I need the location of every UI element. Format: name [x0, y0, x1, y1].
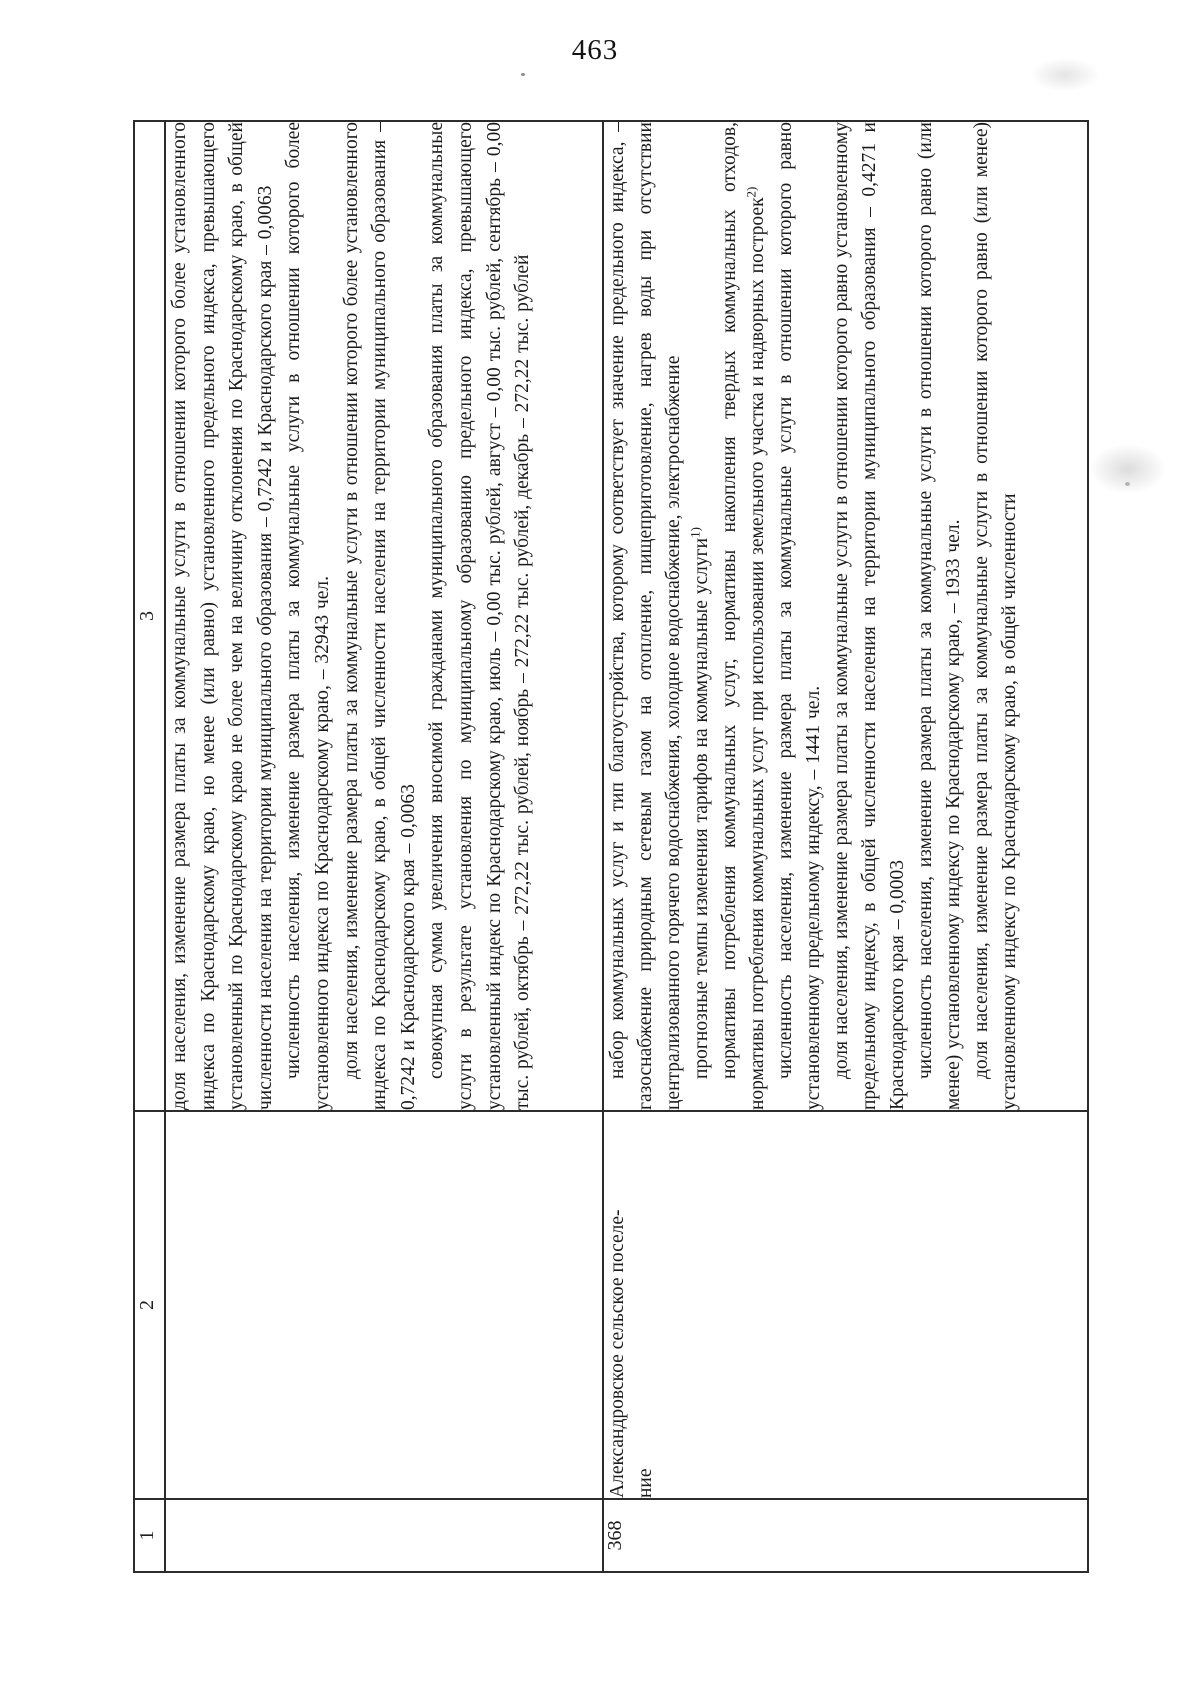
- municipality-name-line-1: Александровское сельское поселе-: [604, 1112, 632, 1498]
- footnote-marker-2: 2): [744, 187, 759, 198]
- paragraph-tariff-forecast: прогнозные темпы изменения тарифов на ко…: [688, 122, 716, 1110]
- paragraph-population-equal-or-less: численность населения, изменение размера…: [912, 122, 968, 1110]
- paragraph-total-sum-monthly: совокупная сумма увеличения вносимой гра…: [423, 122, 537, 1110]
- details-cell-continued: доля населения, изменение размера платы …: [165, 121, 603, 1111]
- header-cell-col2: 2: [134, 1111, 165, 1499]
- paragraph-population-equal-index: численность населения, изменение размера…: [772, 122, 828, 1110]
- table-row-368: 368 Александровское сельское поселе- ние…: [603, 121, 1088, 1572]
- paragraph-population-above-index: численность населения, изменение размера…: [280, 122, 337, 1110]
- paragraph-share-equal-index: доля населения, изменение размера платы …: [828, 122, 912, 1110]
- municipality-name-line-2: ние: [632, 1112, 660, 1498]
- details-cell-368: набор коммунальных услуг и тип благоустр…: [603, 121, 1088, 1111]
- row-number-cell-empty: [165, 1499, 603, 1572]
- paragraph-share-above-index: доля населения, изменение размера платы …: [166, 122, 280, 1110]
- scan-artifact-smudge: [1088, 443, 1168, 495]
- table-header-row: 1 2 3: [134, 121, 165, 1572]
- scan-artifact-dot: [1125, 482, 1130, 486]
- header-cell-col3: 3: [134, 121, 165, 1111]
- paragraph-share-equal-or-less: доля населения, изменение размера платы …: [968, 122, 1024, 1110]
- municipality-name-cell: Александровское сельское поселе- ние: [603, 1111, 1088, 1499]
- scan-artifact-dot: [521, 73, 525, 76]
- footnote-marker-1: 1): [688, 527, 703, 538]
- scanned-document-page: { "page": { "number": "463" }, "table": …: [0, 0, 1200, 1697]
- paragraph-consumption-norms: нормативы потребления коммунальных услуг…: [716, 122, 772, 1110]
- rotated-table-container: 1 2 3 доля населения, изменение размера …: [133, 122, 1085, 1573]
- document-table: 1 2 3 доля населения, изменение размера …: [133, 120, 1089, 1573]
- header-cell-col1: 1: [134, 1499, 165, 1572]
- page-number: 463: [0, 34, 1190, 67]
- municipality-name-cell-empty: [165, 1111, 603, 1499]
- paragraph-share-above-index-region: доля населения, изменение размера платы …: [338, 122, 424, 1110]
- paragraph-services-set: набор коммунальных услуг и тип благоустр…: [604, 122, 688, 1110]
- row-number-cell: 368: [603, 1499, 1088, 1572]
- table-row-continued: доля населения, изменение размера платы …: [165, 121, 603, 1572]
